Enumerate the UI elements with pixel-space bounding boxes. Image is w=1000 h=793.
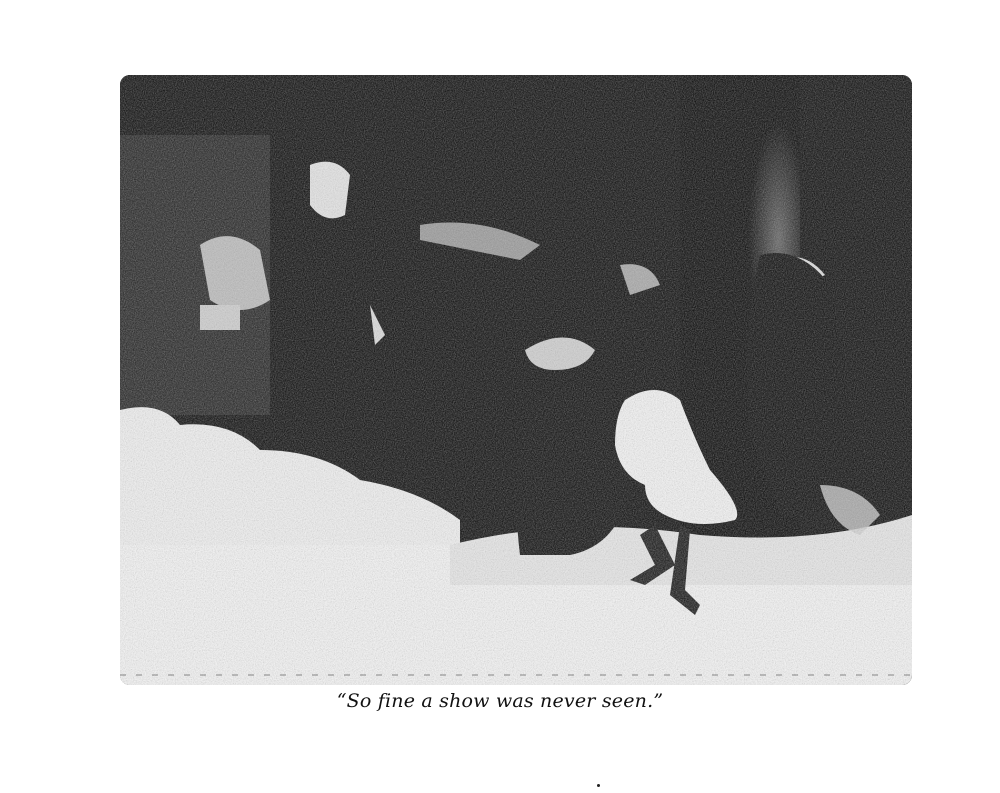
plate-caption: “So fine a show was never seen.” bbox=[0, 690, 1000, 712]
paper-speck bbox=[597, 784, 600, 787]
snow-scene-photo bbox=[120, 75, 912, 685]
illustration-plate bbox=[120, 75, 912, 685]
